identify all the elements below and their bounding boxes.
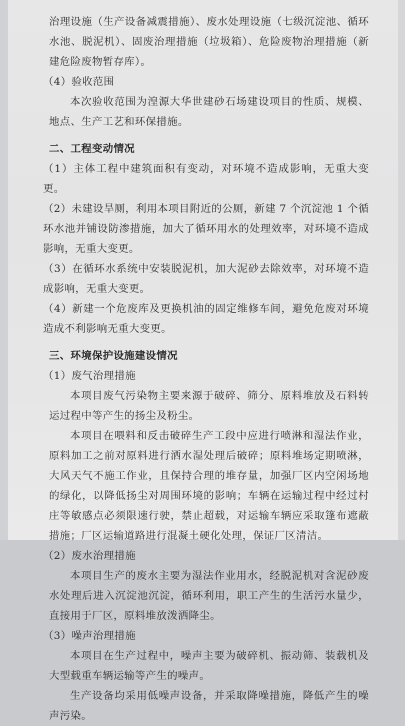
change-item-4: （4）新建一个危废库及更换机油的固定维修车间，避免危废对环境造成不利影响无重大变… <box>43 299 369 339</box>
document-page: 治理设施（生产设备减震措施）、废水处理设施（七级沉淀池、循环水池、脱泥机）、固废… <box>7 0 399 540</box>
exhaust-gas-source-text: 本项目废气污染物主要来源于破碎、筛分、原料堆放及石料转运过程中等产生的扬尘及粉尘… <box>49 386 369 426</box>
change-item-2: （2）未建设旱厕，利用本项目附近的公厕，新建 7 个沉淀池 1 个循环水池并铺设… <box>43 199 369 259</box>
section-2-heading: 二、工程变动情况 <box>49 139 369 159</box>
exhaust-gas-heading: （1）废气治理措施 <box>43 366 369 386</box>
intro-paragraph-continued: 治理设施（生产设备减震措施）、废水处理设施（七级沉淀池、循环水池、脱泥机）、固废… <box>49 12 369 72</box>
acceptance-scope-text: 本次验收范围为湟源大华世建砂石场建设项目的性质、规模、地点、生产工艺和环保措施。 <box>49 92 369 132</box>
acceptance-scope-heading: （4）验收范围 <box>43 72 369 92</box>
scan-right-edge <box>399 0 405 540</box>
section-3-heading: 三、环境保护设施建设情况 <box>49 346 369 366</box>
change-item-3: （3）在循环水系统中安装脱泥机，加大泥砂去除效率，对环境不造成影响，无重大变更。 <box>43 259 369 299</box>
change-item-1: （1）主体工程中建筑面积有变动，对环境不造成影响，无重大变更。 <box>43 159 369 199</box>
exhaust-gas-measures-text: 本项目在喂料和反击破碎生产工段中应进行喷淋和湿法作业，原料加工之前对原料进行洒水… <box>49 426 369 540</box>
scan-left-edge <box>0 0 7 540</box>
document-body: 治理设施（生产设备减震措施）、废水处理设施（七级沉淀池、循环水池、脱泥机）、固废… <box>49 12 369 540</box>
